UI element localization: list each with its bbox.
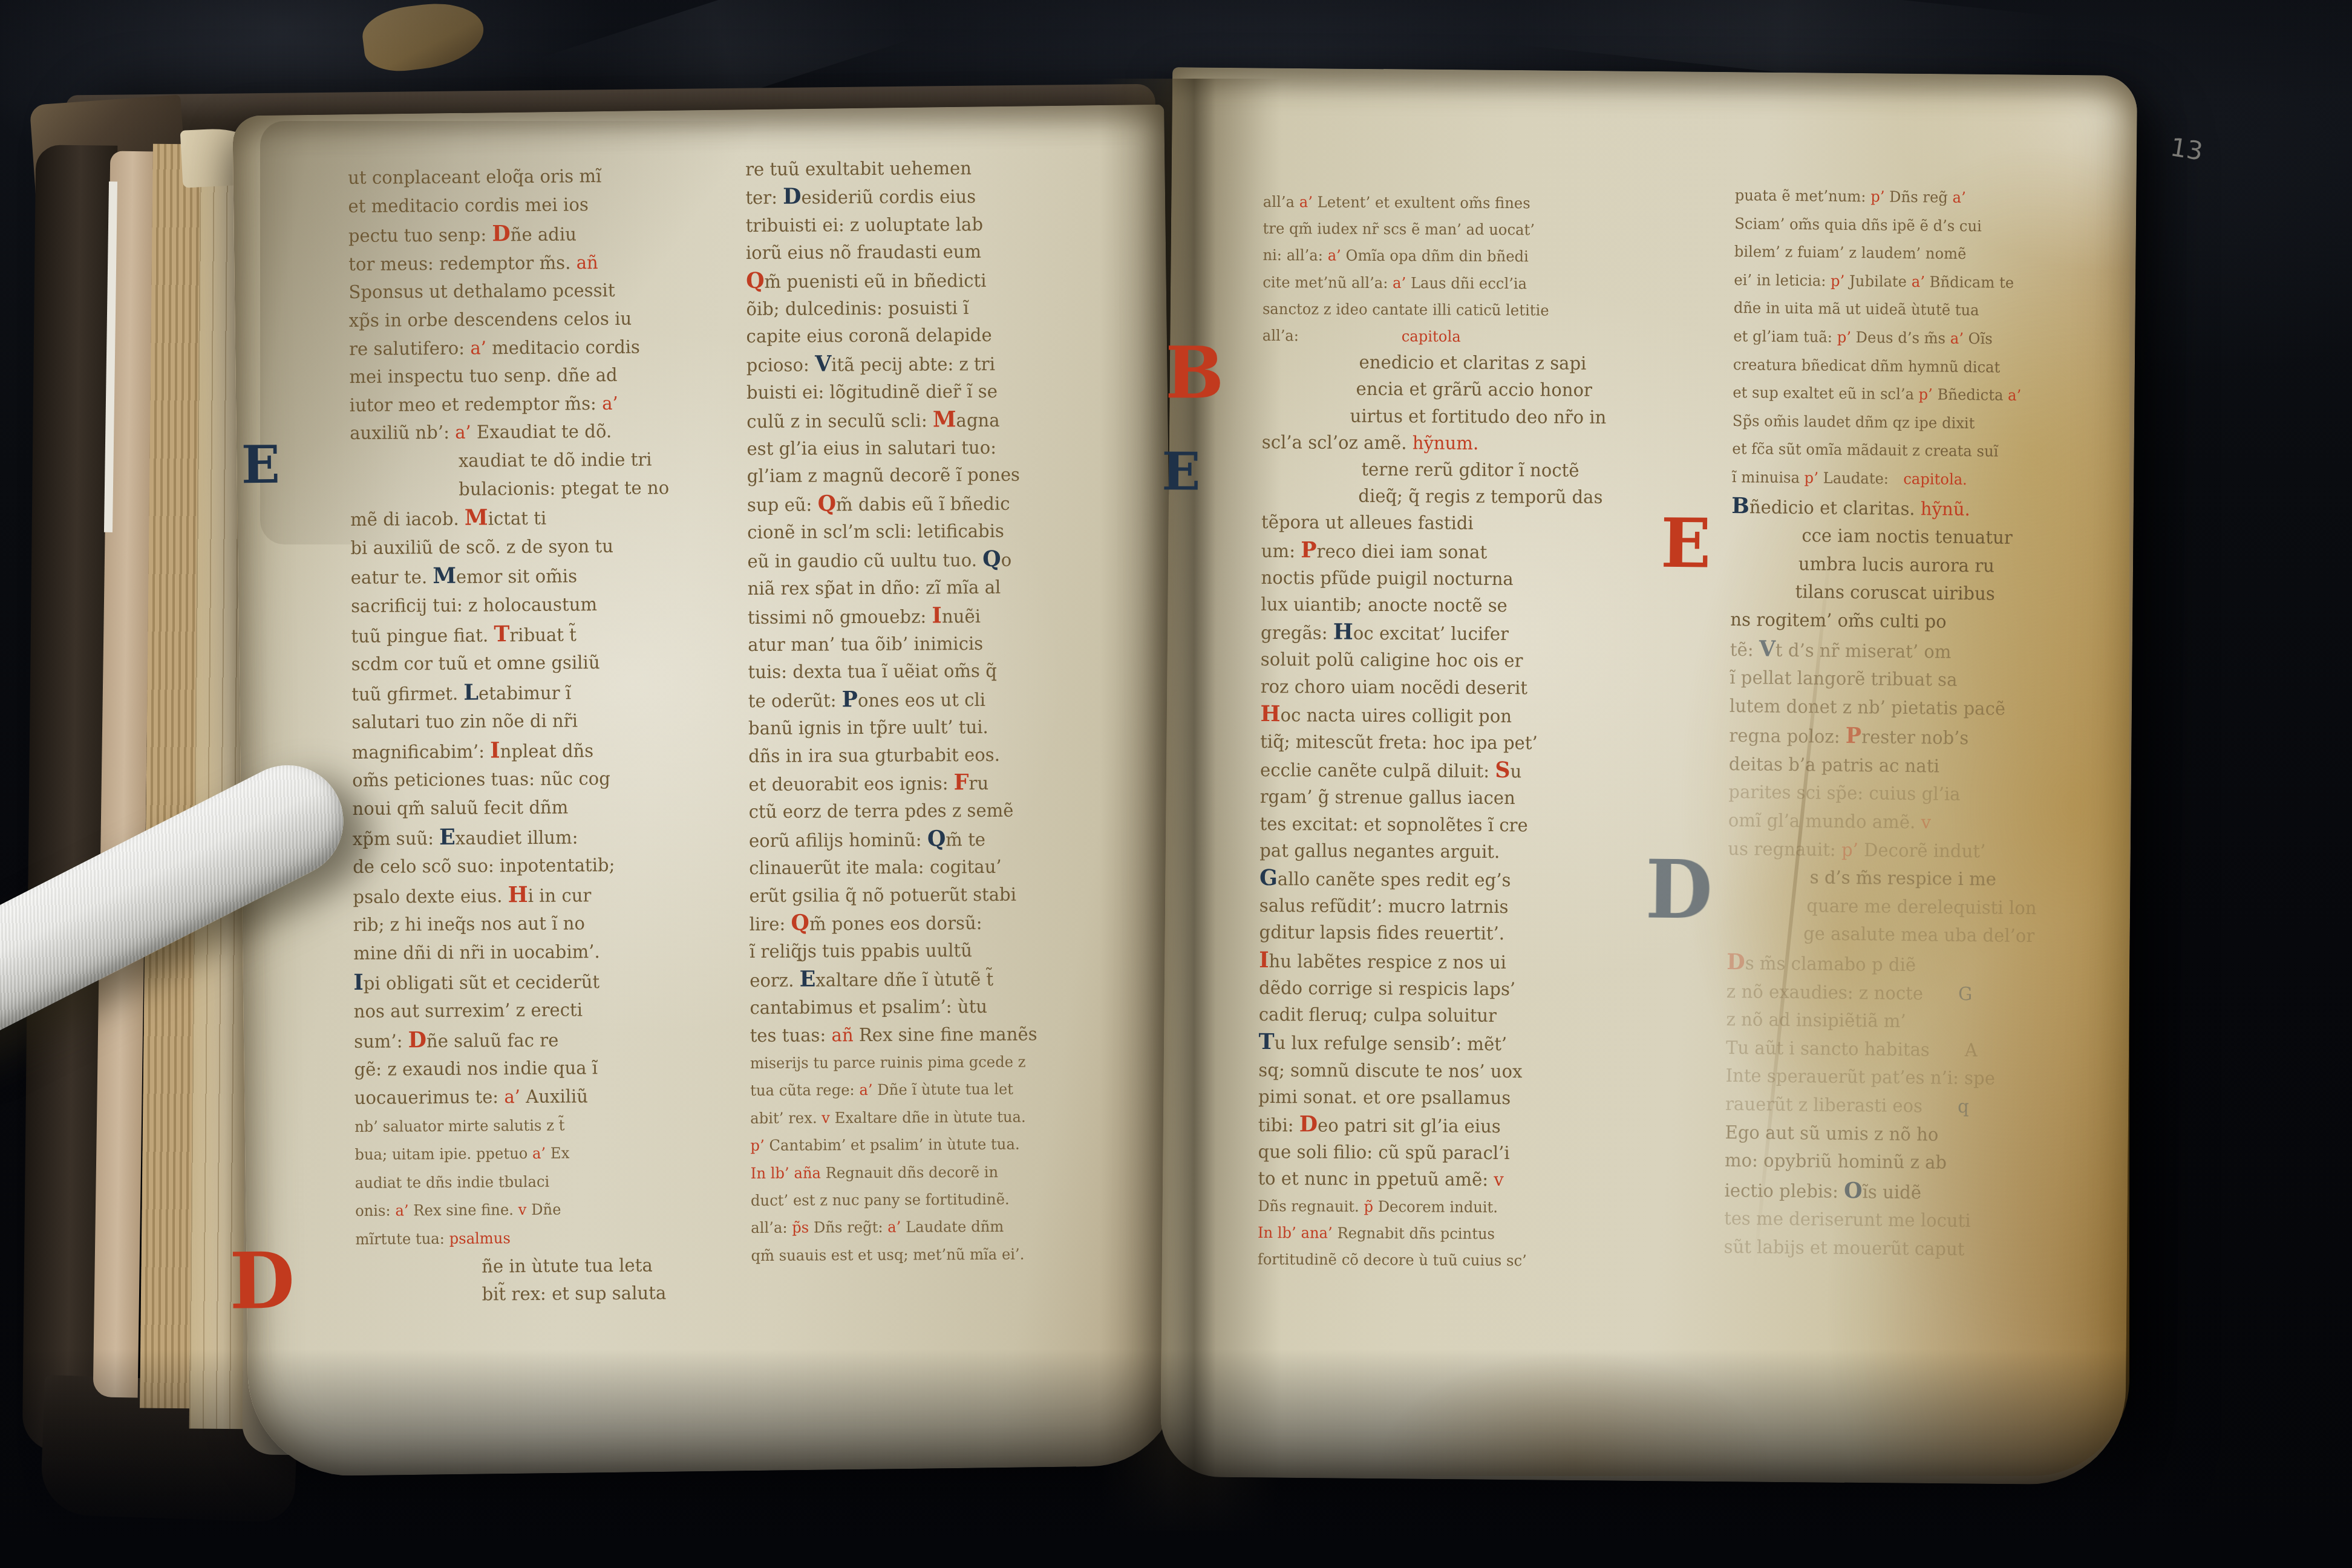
manuscript-line: tre qm̃ iudex nr̃ scs ẽ man’ ad uocat’: [1263, 215, 1608, 244]
text-run: Dñs reg̃: [1889, 188, 1953, 206]
rubric-run: Q: [982, 546, 1001, 571]
manuscript-line: umbra lucis aurora ru: [1731, 550, 2040, 581]
text-run: hu labẽtes respice z nos ui: [1269, 951, 1506, 973]
text-run: Ego aut sũ umis z nõ ho: [1725, 1122, 1938, 1146]
text-run: ge asalute mea uba del’or: [1803, 924, 2035, 947]
text-run: fortitudinẽ cõ decore ù tuũ cuius sc’: [1258, 1250, 1527, 1269]
text-run: Dñe: [531, 1201, 561, 1218]
rubric-run: I: [490, 737, 500, 763]
manuscript-line: clinauerũt ite mala: cogitau’: [749, 854, 1036, 883]
text-run: o: [1001, 549, 1011, 570]
text-run: cce iam noctis tenuatur: [1802, 525, 2013, 549]
manuscript-line: deitas b’a patris ac nati: [1729, 751, 2039, 782]
text-run: all’a:: [1263, 327, 1402, 345]
text-run: Laudate dñm: [906, 1218, 1004, 1236]
manuscript-line: In lb’ aña Regnauit dñs decorẽ in: [751, 1158, 1038, 1187]
text-run: Deus d’s m̃s: [1856, 328, 1950, 347]
manuscript-line: gregãs: Hoc excitat’ lucifer: [1261, 618, 1606, 648]
text-run: dẽdo corrige si respicis laps’: [1259, 978, 1515, 1000]
text-run: dieq̃; q̃ regis z temporũ das: [1358, 486, 1602, 508]
text-run: buisti ei: lõgitudinẽ dier̃ ĩ se: [746, 381, 998, 403]
manuscript-line: rib; z hi ineq̃s nos aut ĩ no: [353, 910, 673, 940]
manuscript-line: niã rex sp̃at in dño: zĩ mĩa al: [748, 574, 1035, 603]
rubric-run: Q: [791, 910, 809, 935]
manuscript-line: sanctoz z ideo cantate illi caticũ letit…: [1263, 296, 1607, 324]
manuscript-line: eorũ afilijs hominũ: Qm̃ te: [749, 825, 1036, 855]
manuscript-line: scl’a scl’oz amẽ. hỹnum.: [1262, 430, 1607, 458]
manuscript-line: om̃s peticiones tuas: nũc cog: [352, 765, 671, 795]
manuscript-line: fortitudinẽ cõ decore ù tuũ cuius sc’: [1258, 1246, 1602, 1275]
manuscript-line: Sponsus ut dethalamo pcessit: [348, 277, 668, 307]
text-run: tẽ:: [1730, 639, 1759, 661]
text-run: ei’ in leticia:: [1734, 271, 1831, 290]
manuscript-line: noctis pfũde puigil nocturna: [1261, 565, 1606, 593]
manuscript-line: que soli filio: cũ spũ paracl’i: [1258, 1139, 1603, 1168]
text-run: pectu tuo senp:: [348, 225, 492, 247]
text-run: eo patri sit gl’ia eius: [1318, 1115, 1501, 1137]
text-run: ictat ti: [488, 508, 547, 530]
illuminated-initial: E: [1661, 516, 1711, 572]
text-run: tiq̃; mitescũt freta: hoc ipa pet’: [1260, 731, 1538, 754]
text-run: i in cur: [528, 885, 591, 907]
manuscript-line: Ecce iam noctis tenuatur: [1731, 521, 2041, 553]
rubric-run: E: [439, 824, 456, 849]
text-run: miserijs tu parce ruinis pima gcede z: [750, 1053, 1026, 1072]
text-run: enedicio et claritas z sapi: [1359, 352, 1586, 374]
text-run: m̃ te: [946, 829, 985, 851]
rubric-run: p’: [1805, 469, 1823, 486]
manuscript-line: auxiliũ nb’: a’ Exaudiat te dõ.: [350, 418, 669, 448]
text-run: m̃ dabis eũ ĩ bñedic: [836, 494, 1010, 516]
manuscript-line: omĩ gl’a mundo amẽ. v: [1728, 807, 2038, 838]
manuscript-line: ctũ eorz de terra pdes z semẽ: [749, 797, 1036, 826]
rubric-run: Q: [817, 491, 836, 516]
manuscript-line: eorz. Exaltare dñe ĩ ùtutẽ t̃: [750, 964, 1037, 995]
text-run: eorũ afilijs hominũ:: [749, 829, 927, 852]
text-run: uocauerimus te:: [354, 1086, 505, 1109]
text-run: Bñedicta: [1937, 386, 2008, 404]
rubric-run: M: [433, 563, 456, 589]
text-run: etabimur ĩ: [479, 682, 571, 704]
text-run: us regnauit:: [1728, 838, 1841, 861]
manuscript-line: et meditacio cordis mei ios: [348, 191, 667, 221]
rubric-run: a’: [395, 1202, 413, 1220]
manuscript-line: ge asalute mea uba del’or: [1727, 920, 2037, 951]
manuscript-line: tẽ: Vt d’s nr̃ miserat’ om: [1730, 634, 2040, 667]
manuscript-photo: ut conplaceant eloq̃a oris mı̃et meditac…: [0, 0, 2352, 1568]
text-run: cionẽ in scl’m scli: letificabis: [747, 521, 1004, 543]
rubric-run: añ: [577, 252, 598, 273]
manuscript-line: capite eius coronã delapide: [746, 322, 1033, 351]
text-run: tuis: dexta tua ĩ uẽiat om̃s q̃: [748, 661, 997, 683]
manuscript-line: tissimi nõ gmouebz: Inuẽi: [748, 601, 1035, 632]
text-run: ctũ eorz de terra pdes z semẽ: [749, 800, 1014, 823]
text-run: umbra lucis aurora ru: [1798, 554, 1994, 577]
manuscript-line: eatur te. Memor sit om̃is: [351, 561, 670, 593]
text-run: Dñs regnauit.: [1258, 1197, 1364, 1215]
rubric-run: v: [518, 1201, 532, 1218]
manuscript-line: salus refũdit’: mucro latrnis: [1259, 893, 1604, 921]
manuscript-line: mei inspectu tuo senp. dñe ad: [349, 361, 668, 391]
text-run: noctis pfũde puigil nocturna: [1261, 567, 1514, 590]
illuminated-initial: E: [1161, 451, 1200, 494]
text-run: banũ ignis in tp̃re uult’ tui.: [748, 717, 988, 739]
rubric-run: T: [494, 621, 509, 647]
text-run: um:: [1261, 541, 1301, 562]
text-run: tẽpora ut alleues fastidi: [1261, 512, 1474, 534]
text-run: agna: [956, 410, 999, 431]
text-run: iutor meo et redemptor m̃s:: [350, 393, 603, 416]
manuscript-line: lutem donet z nb’ pietatis pacẽ: [1730, 693, 2039, 724]
manuscript-line: atur man’ tua õib’ inimicis: [748, 630, 1035, 659]
text-run: rgam’ g̃ strenue gallus iacen: [1260, 786, 1515, 809]
rubric-run: P: [1301, 537, 1316, 563]
illuminated-initial: E: [241, 444, 280, 487]
text-run: pat gallus negantes arguit.: [1259, 840, 1500, 863]
rubric-run: psalmus: [449, 1229, 511, 1247]
manuscript-line: cantabimus et psalim’: ùtu: [750, 993, 1037, 1022]
manuscript-line: Ds m̃s clamabo p diẽ: [1726, 948, 2036, 981]
text-run: om̃s peticiones tuas: nũc cog: [352, 768, 610, 791]
manuscript-line: parites sci sp̃e: cuius gl’ia: [1728, 779, 2038, 810]
manuscript-line: re tuũ exultabit uehemen: [745, 155, 1033, 184]
text-run: Exaudiat te dõ.: [477, 421, 612, 443]
manuscript-line: roz choro uiam nocẽdi deserit: [1261, 674, 1606, 702]
text-run: to et nunc in ppetuũ amẽ:: [1258, 1168, 1494, 1191]
illuminated-initial: D: [229, 1249, 295, 1313]
manuscript-line: iutor meo et redemptor m̃s: a’: [350, 390, 669, 420]
text-run: Laudate:: [1823, 469, 1903, 487]
rubric-run: a’: [602, 393, 618, 414]
rubric-run: a’: [1328, 247, 1346, 264]
text-run: onis:: [355, 1202, 396, 1220]
rubric-run: F: [954, 769, 969, 795]
rubric-run: a’: [1950, 330, 1968, 347]
manuscript-line: erũt gsilia q̃ nõ potuerũt stabi: [749, 881, 1036, 910]
text-run: nb’ saluator mirte salutis z t̃: [354, 1116, 564, 1135]
text-run: bi auxiliũ de scõ. z de syon tu: [350, 536, 613, 559]
manuscript-line: mo: opybriũ hominũ z ab: [1725, 1147, 2034, 1178]
text-run: et sup exaltet eũ in scl’a: [1733, 384, 1919, 403]
manuscript-line: ĩ reliq̃js tuis ppabis uultũ: [750, 937, 1037, 966]
manuscript-line: mĩrtute tua: psalmus: [355, 1223, 675, 1253]
rubric-run: hỹnum.: [1413, 433, 1479, 454]
text-run: ter:: [745, 188, 783, 209]
manuscript-line: noui qm̃ saluũ fecit dñm: [352, 793, 671, 823]
manuscript-line: Dñs regnauit. p̃ Decorem induit.: [1258, 1192, 1602, 1221]
text-run: sq; somnũ discute te nos’ uox: [1258, 1059, 1522, 1082]
text-run: bit̃ rex: et sup saluta: [482, 1283, 666, 1305]
rubric-run: capitola.: [1903, 470, 1967, 488]
manuscript-line: gẽ: z exaudi nos indie qua ĩ: [354, 1054, 673, 1085]
text-column-left-2: re tuũ exultabit uehementer: Desideriũ c…: [745, 155, 1039, 1270]
manuscript-line: Gallo canẽte spes redit eg’s: [1259, 864, 1604, 895]
rubric-run: capitola: [1402, 327, 1461, 345]
text-run: z nõ exaudies: z nocte: [1726, 981, 1959, 1005]
manuscript-line: cite met’nũ all’a: a’ Laus dñi eccl’ia: [1263, 269, 1607, 298]
text-run: emor sit om̃is: [456, 566, 577, 588]
manuscript-line: In lb’ ana’ Regnabit dñs pcintus: [1258, 1220, 1602, 1248]
text-run: ones eos ut cli: [858, 690, 985, 711]
manuscript-line: pimi sonat. et ore psallamus: [1258, 1084, 1603, 1112]
manuscript-line: quare me derelequisti lon: [1727, 892, 2037, 923]
manuscript-line: Sp̃s om̃is laudet dñm qz ipe dixit: [1733, 407, 2042, 439]
manuscript-line: gditur lapsis fides reuertit’.: [1259, 920, 1604, 948]
text-run: roz choro uiam nocẽdi deserit: [1261, 676, 1528, 699]
text-run: regna poloz:: [1729, 725, 1846, 748]
manuscript-line: sup eũ: Qm̃ dabis eũ ĩ bñedic: [747, 489, 1034, 519]
text-run: qm̃ suauis est et usq; met’nũ mĩa ei’.: [751, 1245, 1024, 1264]
text-run: nos aut surrexim’ z erecti: [354, 1000, 583, 1023]
manuscript-line: mẽ di iacob. Mictat ti: [350, 502, 670, 534]
manuscript-line: z nõ ad insipiẽtiã m’: [1726, 1006, 2036, 1037]
text-run: mẽ di iacob.: [350, 509, 465, 531]
manuscript-line: õib; dulcedinis: posuisti ĩ: [746, 295, 1033, 324]
text-run: Laus dñi eccl’ia: [1411, 274, 1527, 292]
text-run: scdm cor tuũ et omne gsiliũ: [351, 652, 600, 675]
manuscript-line: Sciam’ om̃s quia dñs ipẽ ẽ d’s cui: [1734, 210, 2044, 241]
manuscript-line: scdm cor tuũ et omne gsiliũ: [351, 648, 671, 679]
rubric-run: p’: [1831, 272, 1849, 289]
manuscript-line: dñs in ira sua gturbabit eos.: [748, 741, 1036, 770]
text-run: tre qm̃ iudex nr̃ scs ẽ man’ ad uocat’: [1263, 220, 1535, 238]
manuscript-line: ut conplaceant eloq̃a oris mı̃: [348, 162, 667, 192]
text-column-right-1: all’a a’ Letent’ et exultent om̃s finest…: [1258, 189, 1608, 1275]
text-run: npleat dñs: [500, 740, 594, 762]
rubric-run: M: [465, 505, 488, 531]
text-run: tua cũta rege:: [750, 1081, 859, 1099]
text-run: Sciam’ om̃s quia dñs ipẽ ẽ d’s cui: [1734, 215, 1982, 235]
text-run: Decorẽ indut’: [1864, 840, 1985, 862]
text-run: Rex sine fine.: [413, 1201, 518, 1219]
text-run: cantabimus et psalim’: ùtu: [750, 996, 987, 1019]
manuscript-line: Hoc nacta uires colligit pon: [1260, 701, 1605, 731]
text-run: s m̃s clamabo p diẽ: [1745, 953, 1916, 976]
rubric-run: v: [1494, 1169, 1504, 1191]
text-run: eatur te.: [351, 567, 433, 589]
rubric-run: Q: [927, 826, 946, 851]
manuscript-line: onis: a’ Rex sine fine. v Dñe: [355, 1195, 675, 1226]
manuscript-line: all’a: capitola: [1263, 322, 1607, 351]
manuscript-line: sacrificij tui: z holocaustum: [351, 590, 670, 621]
text-run: atur man’ tua õib’ inimicis: [748, 633, 983, 656]
manuscript-line: regna poloz: Prester nob’s: [1729, 720, 2039, 754]
rubric-run: B: [1731, 493, 1749, 518]
rubric-run: V: [815, 351, 831, 376]
text-run: pcioso:: [746, 354, 815, 376]
manuscript-line: psalo dexte eius. Hi in cur: [353, 880, 672, 912]
text-run: duct’ est z nuc pany se fortitudinẽ.: [751, 1191, 1010, 1209]
manuscript-line: uirtus et fortitudo deo nr̃o in: [1262, 403, 1607, 431]
text-run: tuũ gfirmet.: [351, 683, 464, 705]
text-run: xaudiet illum:: [456, 827, 578, 849]
text-run: ut conplaceant eloq̃a oris mı̃: [348, 166, 601, 189]
text-run: capite eius coronã delapide: [746, 325, 991, 347]
text-run: Oĩs: [1968, 330, 1993, 347]
text-run: scl’a scl’oz amẽ.: [1262, 432, 1413, 454]
manuscript-line: Tu aũt i sancto habitas A: [1726, 1034, 2036, 1066]
text-run: uirtus et fortitudo deo nr̃o in: [1350, 405, 1606, 428]
text-run: iorũ eius nõ fraudasti eum: [746, 241, 981, 264]
text-run: noui qm̃ saluũ fecit dñm: [352, 797, 568, 820]
rubric-run: q: [1958, 1096, 1969, 1117]
rubric-run: In lb’ aña: [751, 1164, 826, 1182]
text-run: Rex sine fine manẽs: [859, 1024, 1037, 1046]
manuscript-line: cionẽ in scl’m scli: letificabis: [747, 518, 1034, 547]
manuscript-line: te oderũt: Pones eos ut cli: [748, 685, 1036, 715]
text-run: itã pecij abte: z tri: [831, 354, 995, 376]
manuscript-line: culũ z in seculũ scli: Magna: [746, 405, 1034, 436]
manuscript-line: ecclie canẽte culpã diluit: Su: [1260, 756, 1605, 786]
text-run: tribuisti ei: z uoluptate lab: [746, 214, 984, 237]
text-run: tor meus: redemptor m̃s.: [348, 252, 577, 275]
text-run: nuẽi: [942, 606, 981, 627]
manuscript-line: bi auxiliũ de scõ. z de syon tu: [350, 532, 670, 563]
rubric-run: p̃s: [792, 1219, 814, 1236]
manuscript-line: ni: all’a: a’ Omĩa opa dñm din bñedi: [1263, 242, 1607, 270]
text-run: xp̃m suũ:: [353, 828, 440, 850]
text-run: Jubilate: [1849, 272, 1912, 290]
text-run: Sp̃s om̃is laudet dñm qz ipe dixit: [1733, 412, 1975, 432]
text-run: te oderũt:: [748, 690, 842, 712]
text-run: meditacio cordis: [492, 336, 640, 359]
text-run: reco diei iam sonat: [1316, 541, 1487, 563]
manuscript-line: sum’: Dñe saluũ fac re: [354, 1024, 673, 1056]
rubric-run: M: [933, 407, 956, 432]
text-run: salus refũdit’: mucro latrnis: [1259, 895, 1509, 918]
manuscript-line: eũ in gaudio cũ uultu tuo. Qo: [747, 545, 1034, 575]
text-run: allo canẽte spes redit eg’s: [1278, 869, 1511, 891]
illuminated-initial: B: [1165, 344, 1224, 402]
text-run: salutari tuo zin nõe di nr̃i: [351, 711, 578, 734]
rubric-run: H: [1260, 701, 1280, 727]
rubric-run: a’: [1912, 273, 1930, 290]
folio-number: 13: [2168, 132, 2204, 166]
text-run: psalo dexte eius.: [353, 886, 508, 908]
rubric-run: L: [463, 679, 479, 705]
text-run: de celo scõ suo: inpotentatib;: [353, 855, 615, 878]
text-run: omĩ gl’a mundo amẽ.: [1728, 810, 1921, 833]
rubric-run: v: [822, 1109, 835, 1126]
rubric-run: D: [492, 221, 511, 246]
rubric-run: I: [353, 969, 364, 995]
manuscript-line: bilem’ z fuiam’ z laudem’ nomẽ: [1734, 238, 2044, 269]
text-run: sanctoz z ideo cantate illi caticũ letit…: [1263, 300, 1549, 319]
manuscript-line: ei’ in leticia: p’ Jubilate a’ Bñdicam t…: [1734, 266, 2043, 298]
manuscript-line: ĩ minuisa p’ Laudate: capitola.: [1732, 463, 2042, 495]
rubric-run: a’: [859, 1081, 877, 1099]
text-run: m̃ pones eos dorsũ:: [809, 913, 982, 935]
manuscript-line: Qm̃ puenisti eũ in bñedicti: [746, 266, 1033, 296]
text-run: ns rogitem’ om̃s culti po: [1730, 609, 1947, 633]
text-run: m̃ puenisti eũ in bñedicti: [764, 270, 986, 293]
text-run: ñe in ùtute tua leta: [482, 1255, 653, 1277]
manuscript-line: us regnauit: p’ Decorẽ indut’: [1728, 835, 2037, 867]
text-run: tuũ pingue fiat.: [351, 625, 494, 647]
manuscript-line: ns rogitem’ om̃s culti po: [1730, 606, 2040, 638]
manuscript-line: Ipi obligati sũt et ceciderũt: [353, 966, 673, 998]
manuscript-line: sũt labijs et mouerũt caput: [1723, 1233, 2033, 1265]
manuscript-line: bit̃ rex: et sup saluta: [356, 1279, 675, 1310]
manuscript-line: salutari tuo zin nõe di nr̃i: [351, 707, 671, 737]
rubric-run: H: [1333, 619, 1353, 645]
rubric-run: a’: [887, 1218, 906, 1236]
text-run: et meditacio cordis mei ios: [348, 194, 589, 217]
rubric-run: D: [1299, 1111, 1318, 1137]
manuscript-line: Bñedicio et claritas. hỹnũ.: [1731, 492, 2041, 525]
text-run: esideriũ cordis eius: [801, 186, 976, 209]
text-run: lux uiantib; anocte noctẽ se: [1261, 594, 1508, 616]
text-run: ñe saluũ fac re: [426, 1030, 559, 1052]
manuscript-line: tiq̃; mitescũt freta: hoc ipa pet’: [1260, 729, 1605, 757]
text-run: Regnabit dñs pcintus: [1337, 1224, 1495, 1242]
text-run: deitas b’a patris ac nati: [1729, 754, 1939, 777]
illuminated-initial: D: [1645, 858, 1713, 924]
text-run: erũt gsilia q̃ nõ potuerũt stabi: [749, 884, 1016, 906]
rubric-run: D: [1726, 949, 1745, 975]
manuscript-line: nb’ saluator mirte salutis z t̃: [354, 1111, 674, 1141]
text-run: eorz.: [750, 970, 800, 991]
text-run: iectio plebis:: [1724, 1180, 1844, 1203]
manuscript-line: gl’iam z magnũ decorẽ ĩ pones: [747, 462, 1034, 491]
manuscript-line: Dñe in ùtute tua leta: [356, 1252, 675, 1282]
text-run: xaudiat te dõ indie tri: [459, 449, 652, 471]
text-run: Tu aũt i sancto habitas: [1726, 1037, 1965, 1061]
text-run: oc nacta uires colligit pon: [1280, 705, 1512, 727]
manuscript-line: tes excitat: et sopnolẽtes ĩ cre: [1259, 811, 1604, 840]
text-run: Exaltare dñe in ùtute tua.: [835, 1108, 1026, 1126]
manuscript-line: pectu tuo senp: Dñe adiu: [348, 219, 668, 251]
text-run: creatura bñedicat dñm hymnũ dicat: [1733, 356, 2001, 376]
text-run: ĩ reliq̃js tuis ppabis uultũ: [750, 940, 972, 962]
text-run: bua; uitam ipie. ppetuo: [354, 1145, 532, 1163]
text-run: xp̃s in orbe descendens celos iu: [349, 309, 632, 332]
text-run: pi obligati sũt et ceciderũt: [364, 972, 600, 995]
text-run: abit’ rex.: [750, 1109, 822, 1127]
text-run: s d’s m̃s respice i me: [1810, 867, 1997, 890]
text-run: ĩ minuisa: [1732, 468, 1805, 486]
rubric-run: I: [1259, 947, 1269, 973]
text-run: gl’iam z magnũ decorẽ ĩ pones: [747, 465, 1020, 487]
rubric-run: a’: [504, 1086, 526, 1108]
text-run: all’a:: [751, 1219, 792, 1236]
text-run: ñe adiu: [511, 224, 577, 246]
manuscript-line: buisti ei: lõgitudinẽ dier̃ ĩ se: [746, 378, 1034, 407]
text-run: gditur lapsis fides reuertit’.: [1259, 922, 1504, 944]
text-run: Cantabim’ et psalim’ in ùtute tua.: [769, 1135, 1019, 1154]
manuscript-line: xp̃m suũ: Exaudiet illum:: [353, 822, 672, 854]
rubric-run: G: [1958, 984, 1973, 1005]
text-run: rester nob’s: [1861, 727, 1969, 750]
manuscript-line: qm̃ suauis est et usq; met’nũ mĩa ei’.: [751, 1240, 1038, 1269]
text-run: lire:: [750, 914, 791, 935]
text-run: Ex: [550, 1145, 570, 1162]
text-run: tes excitat: et sopnolẽtes ĩ cre: [1259, 814, 1527, 836]
manuscript-line: xp̃s in orbe descendens celos iu: [349, 305, 668, 335]
text-run: Dñe ĩ ùtute tua let: [877, 1080, 1013, 1099]
manuscript-line: et fc̃a sũt omĩa mãdauit z creata suĩ: [1732, 435, 2042, 466]
text-run: auxiliũ nb’:: [350, 422, 455, 444]
text-run: quare me derelequisti lon: [1806, 895, 2036, 919]
text-run: et deuorabit eos ignis:: [748, 773, 953, 795]
rubric-run: a’: [1299, 193, 1318, 211]
manuscript-line: dñe in uita mã ut uideã ùtutẽ tua: [1734, 294, 2043, 325]
manuscript-line: Ihu labẽtes respice z nos ui: [1259, 947, 1604, 977]
rubric-run: O: [1844, 1178, 1863, 1203]
text-run: Bñdicam te: [1930, 273, 2014, 291]
text-run: niã rex sp̃at in dño: zĩ mĩa al: [748, 577, 1001, 599]
text-run: ĩ pellat langorẽ tribuat sa: [1730, 667, 1957, 691]
